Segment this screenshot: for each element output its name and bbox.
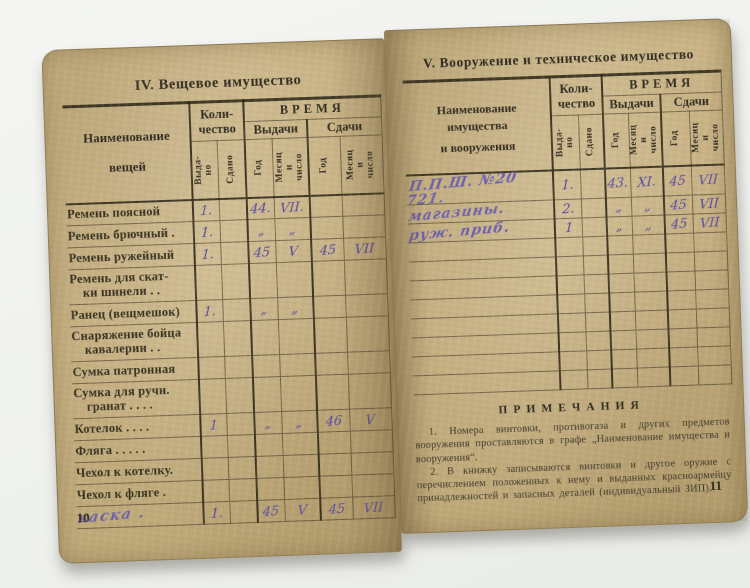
- col-header-issue-month: Месяц и число: [272, 137, 310, 196]
- cell-return-month: VII: [352, 496, 395, 519]
- row-name-text: Ремень поясной: [67, 204, 160, 221]
- cell-return-year: 45: [663, 165, 692, 196]
- cell-issued: [558, 313, 586, 333]
- weapons-table: Наименование имущества и вооружения Коли…: [403, 69, 732, 395]
- page-number-right: 11: [709, 478, 722, 494]
- cell-return-month: [350, 430, 393, 453]
- cell-issued: [198, 357, 225, 380]
- row-name-text-line2: кавалерии . .: [72, 340, 197, 358]
- handwritten-value: 1: [564, 222, 573, 236]
- handwritten-value: 45: [670, 218, 687, 233]
- cell-issue-month: [278, 318, 315, 354]
- handwritten-value: 1.: [203, 304, 216, 318]
- row-name-handwritten: каска .: [76, 502, 204, 528]
- cell-issued: [199, 378, 226, 414]
- col-header-issue-month: Месяц и число: [628, 112, 663, 167]
- row-name-text: Фляга . . . . .: [75, 441, 146, 457]
- cell-issue-year: [251, 320, 279, 356]
- cell-return-month: [694, 270, 728, 290]
- col-header-issue-year: Год: [603, 113, 630, 168]
- col-header-return-month: Месяц и число: [340, 135, 384, 194]
- cell-returned: [219, 198, 248, 221]
- handwritten-value: VII: [699, 216, 719, 231]
- cell-issued: [555, 237, 583, 257]
- cell-returned: [584, 293, 610, 313]
- section-title-clothing: IV. Вещевое имущество: [61, 70, 374, 98]
- cell-returned: [587, 369, 613, 389]
- cell-issue-year: [253, 377, 281, 413]
- row-name-text: Чехол к фляге .: [77, 485, 167, 502]
- cell-returned: [220, 242, 249, 265]
- handwritten-value: „: [265, 417, 272, 431]
- col-header-return: Сдачи: [660, 92, 722, 112]
- row-name-text: Котелок . . . .: [74, 419, 149, 436]
- cell-return-year: 45: [311, 238, 344, 261]
- cell-returned: [228, 456, 257, 479]
- cell-return-month: VII: [691, 164, 725, 195]
- cell-issue-year: „: [250, 298, 278, 321]
- handwritten-value: VII: [698, 173, 718, 188]
- row-name-text-line2: ки шинели . .: [70, 283, 195, 301]
- cell-issue-year: „: [607, 216, 633, 236]
- cell-issue-year: [611, 349, 637, 369]
- row-name-text: Ранец (вещмешок): [70, 304, 180, 322]
- cell-return-year: [666, 271, 695, 291]
- handwritten-value: V: [288, 245, 298, 259]
- cell-return-year: [665, 233, 694, 253]
- cell-issue-month: [634, 272, 668, 292]
- cell-issue-year: [607, 235, 633, 255]
- cell-issue-year: [610, 311, 636, 331]
- cell-return-month: [696, 327, 730, 347]
- row-name-text: Сумка патронная: [72, 361, 175, 379]
- cell-issued: 1.: [193, 221, 220, 244]
- cell-return-month: [693, 232, 727, 252]
- cell-issue-month: V: [275, 239, 312, 262]
- cell-issued: [195, 265, 222, 301]
- cell-issued: [202, 479, 229, 502]
- cell-issue-month: V: [284, 498, 321, 521]
- weapons-table-body: П.П.Ш. №20 721.1.43.XI.45VIIмагазины.2.„…: [406, 164, 732, 395]
- cell-return-year: 45: [320, 497, 353, 520]
- right-page: V. Вооружение и техническое имущество На…: [384, 18, 748, 534]
- handwritten-value: 1: [209, 418, 218, 432]
- cell-issued: [560, 370, 588, 390]
- cell-issue-month: „: [277, 296, 314, 319]
- cell-issue-month: [283, 476, 320, 499]
- cell-return-year: [319, 453, 352, 476]
- cell-return-month: [347, 351, 390, 374]
- handwritten-value: 1.: [210, 506, 223, 520]
- cell-issue-month: „: [274, 217, 311, 240]
- left-page: IV. Вещевое имущество Наименование вещей: [41, 38, 402, 564]
- cell-return-month: VII: [692, 194, 726, 214]
- cell-return-year: [315, 352, 348, 375]
- cell-returned: [224, 356, 253, 379]
- weapons-table-header: Наименование имущества и вооружения Коли…: [403, 71, 724, 175]
- cell-issue-year: „: [247, 219, 275, 242]
- cell-issued: 1.: [203, 501, 230, 524]
- cell-issued: [557, 275, 585, 295]
- handwritten-value: „: [615, 201, 622, 215]
- cell-issue-month: „: [281, 410, 318, 433]
- cell-returned: [580, 168, 606, 199]
- cell-return-year: [668, 309, 697, 329]
- section-title-weapons: V. Вооружение и техническое имущество: [402, 46, 715, 73]
- cell-returned: [225, 378, 254, 414]
- handwritten-value: 1.: [201, 225, 214, 239]
- cell-issue-month: [280, 375, 317, 411]
- handwritten-value: VII.: [280, 200, 304, 215]
- cell-issued: [201, 435, 228, 458]
- cell-return-year: [666, 252, 695, 272]
- cell-return-month: VII: [343, 237, 386, 260]
- notes-section: ПРИМЕЧАНИЯ 1. Номера винтовки, противога…: [414, 397, 732, 506]
- row-name-text: Ремень ружейный: [68, 247, 174, 265]
- col-header-returned: Сдано: [217, 140, 247, 199]
- name-header-line1: Наименование: [63, 127, 189, 147]
- handwritten-value: VII: [699, 197, 719, 212]
- cell-returned: [585, 312, 611, 332]
- cell-return-month: [345, 294, 388, 317]
- handwritten-value: 45: [319, 243, 336, 258]
- name-header-line2: вещей: [64, 157, 190, 177]
- cell-issue-month: [635, 310, 669, 330]
- cell-issue-year: „: [254, 412, 282, 435]
- cell-return-year: [668, 328, 697, 348]
- cell-return-year: [310, 194, 343, 217]
- col-header-name: Наименование имущества и вооружения: [403, 77, 553, 175]
- cell-return-month: [696, 308, 730, 328]
- cell-return-month: [698, 365, 732, 385]
- cell-return-year: [314, 317, 347, 353]
- row-name-handwritten: П.П.Ш. №20 721.: [406, 170, 554, 205]
- row-name: Сумка для ручн.гранат . . . .: [72, 379, 200, 418]
- cell-return-month: [346, 316, 389, 352]
- cell-issue-month: [279, 353, 316, 376]
- cell-return-month: [344, 259, 387, 295]
- cell-issue-month: XI.: [630, 166, 664, 197]
- photo-scene: IV. Вещевое имущество Наименование вещей: [0, 0, 750, 588]
- cell-issued: [559, 332, 587, 352]
- cell-return-year: [319, 475, 352, 498]
- handwritten-value: 45: [669, 174, 686, 189]
- cell-issue-month: [637, 367, 671, 387]
- row-name: [413, 371, 561, 395]
- cell-returned: [586, 350, 612, 370]
- handwritten-value: „: [296, 416, 303, 430]
- cell-issue-month: [282, 432, 319, 455]
- cell-return-month: [697, 346, 731, 366]
- cell-issue-month: [634, 291, 668, 311]
- cell-return-year: [670, 366, 699, 386]
- handwritten-value: 46: [325, 414, 342, 429]
- page-number-left: 10: [76, 510, 90, 526]
- col-header-quantity: Коли- чество: [189, 101, 244, 142]
- cell-issue-month: „: [632, 215, 666, 235]
- col-header-return-year: Год: [661, 111, 691, 166]
- col-header-issued: Выда- но: [551, 115, 580, 170]
- clothing-table: Наименование вещей Коли- чество ВРЕМЯ Вы…: [62, 94, 395, 529]
- col-header-return-year: Год: [308, 136, 342, 195]
- handwritten-value: 45: [254, 245, 271, 260]
- cell-issued: [559, 351, 587, 371]
- col-header-returned: Сдано: [578, 114, 605, 169]
- cell-issue-month: [632, 234, 666, 254]
- cell-returned: [584, 274, 610, 294]
- notes-heading: ПРИМЕЧАНИЯ: [414, 397, 729, 420]
- row-name: Ремень для скат-ки шинели . .: [68, 265, 196, 304]
- cell-returned: [228, 478, 257, 501]
- cell-issued: [557, 294, 585, 314]
- handwritten-value: „: [644, 200, 651, 214]
- cell-returned: [221, 264, 250, 300]
- row-name-text: Ремень брючный .: [68, 225, 175, 243]
- cell-issue-year: [611, 330, 637, 350]
- cell-return-year: [667, 290, 696, 310]
- cell-issue-month: [636, 329, 670, 349]
- cell-issue-year: 45: [248, 241, 276, 264]
- cell-issue-year: 45: [257, 499, 285, 522]
- cell-return-month: [694, 251, 728, 271]
- row-name-text-line2: гранат . . . .: [74, 397, 199, 415]
- cell-issue-year: [609, 273, 635, 293]
- cell-returned: [581, 198, 607, 218]
- cell-issue-month: [283, 454, 320, 477]
- cell-issued: [202, 457, 229, 480]
- cell-return-month: [348, 373, 391, 409]
- handwritten-value: „: [292, 302, 299, 316]
- cell-issue-year: [608, 254, 634, 274]
- handwritten-value: „: [258, 224, 265, 238]
- cell-returned: [219, 220, 248, 243]
- col-header-name: Наименование вещей: [62, 103, 192, 204]
- cell-issue-month: VII.: [274, 195, 311, 218]
- cell-issue-year: [252, 355, 280, 378]
- handwritten-value: „: [616, 220, 623, 234]
- cell-issued: 1: [555, 218, 583, 238]
- cell-returned: [586, 331, 612, 351]
- row-name-text: Чехол к котелку.: [76, 462, 173, 479]
- handwritten-value: 45: [328, 502, 345, 517]
- cell-returned: [582, 236, 608, 256]
- handwritten-value: 1.: [201, 247, 214, 261]
- handwritten-value: V: [365, 413, 375, 427]
- cell-return-month: [342, 215, 385, 238]
- cell-issue-year: [249, 263, 277, 299]
- cell-issue-month: [633, 253, 667, 273]
- cell-return-year: [310, 216, 343, 239]
- handwritten-value: 44.: [250, 201, 271, 216]
- col-header-return-month: Месяц и число: [689, 110, 724, 165]
- cell-returned: [223, 321, 252, 357]
- cell-issue-month: [276, 261, 313, 297]
- handwritten-value: XI.: [637, 175, 656, 190]
- handwritten-value: 2.: [561, 203, 574, 217]
- cell-issue-year: [256, 478, 284, 501]
- cell-returned: [583, 255, 609, 275]
- cell-issue-month: „: [631, 196, 665, 216]
- cell-return-year: 45: [664, 195, 693, 215]
- handwritten-value: 45: [263, 504, 280, 519]
- cell-issue-year: [609, 292, 635, 312]
- cell-return-month: [351, 474, 394, 497]
- cell-return-year: 45: [665, 214, 694, 234]
- handwritten-value: VII: [363, 500, 383, 515]
- cell-issued: [556, 256, 584, 276]
- cell-returned: [227, 434, 256, 457]
- handwritten-value: 43.: [607, 176, 628, 191]
- clothing-table-body: Ремень поясной1.44.VII.Ремень брючный .1…: [66, 193, 395, 529]
- col-header-issue-year: Год: [245, 139, 274, 198]
- col-header-quantity: Коли- чество: [550, 75, 603, 116]
- cell-return-month: [695, 289, 729, 309]
- cell-issue-year: [255, 434, 283, 457]
- col-header-issue: Выдачи: [244, 119, 308, 139]
- cell-issue-year: 44.: [247, 197, 275, 220]
- handwritten-value: VII: [354, 242, 374, 257]
- cell-return-month: [351, 452, 394, 475]
- col-header-issue: Выдачи: [602, 94, 661, 114]
- handwritten-value: 45: [670, 199, 687, 214]
- cell-return-year: [669, 347, 698, 367]
- cell-issued: 1.: [194, 243, 221, 266]
- cell-issue-year: [256, 456, 284, 479]
- cell-return-year: [312, 260, 345, 296]
- row-name: Снаряжение бойцакавалерии . .: [70, 322, 198, 361]
- clothing-table-header: Наименование вещей Коли- чество ВРЕМЯ Вы…: [62, 96, 383, 204]
- cell-return-year: [318, 431, 351, 454]
- cell-issue-month: [636, 348, 670, 368]
- col-header-issued: Выда- но: [191, 141, 219, 200]
- cell-return-year: 46: [317, 409, 350, 432]
- cell-issue-year: 43.: [605, 167, 631, 198]
- cell-issue-year: „: [606, 197, 632, 217]
- cell-returned: [229, 500, 258, 523]
- cell-return-year: [316, 374, 349, 410]
- cell-return-month: V: [349, 408, 392, 431]
- cell-issued: 1.: [193, 199, 220, 222]
- handwritten-value: 1.: [200, 204, 213, 218]
- handwritten-value: „: [289, 223, 296, 237]
- cell-issued: 2.: [554, 199, 582, 219]
- handwritten-value: V: [297, 503, 307, 517]
- handwritten-value: „: [261, 303, 268, 317]
- cell-issued: 1.: [553, 169, 581, 200]
- cell-issued: 1: [200, 413, 227, 436]
- cell-return-month: [342, 193, 385, 216]
- handwritten-value: 1.: [561, 178, 574, 192]
- cell-returned: [226, 412, 255, 435]
- cell-issue-year: [612, 368, 638, 388]
- cell-issued: [197, 322, 224, 358]
- handwritten-value: „: [644, 219, 651, 233]
- cell-returned: [222, 299, 251, 322]
- name-header-line3: и вооружения: [405, 137, 551, 157]
- name-header-line2: имущества: [404, 116, 550, 136]
- cell-issued: 1.: [196, 300, 223, 323]
- cell-return-year: [313, 295, 346, 318]
- service-booklet: IV. Вещевое имущество Наименование вещей: [41, 18, 749, 566]
- cell-return-month: VII: [692, 213, 726, 233]
- cell-returned: [582, 217, 608, 237]
